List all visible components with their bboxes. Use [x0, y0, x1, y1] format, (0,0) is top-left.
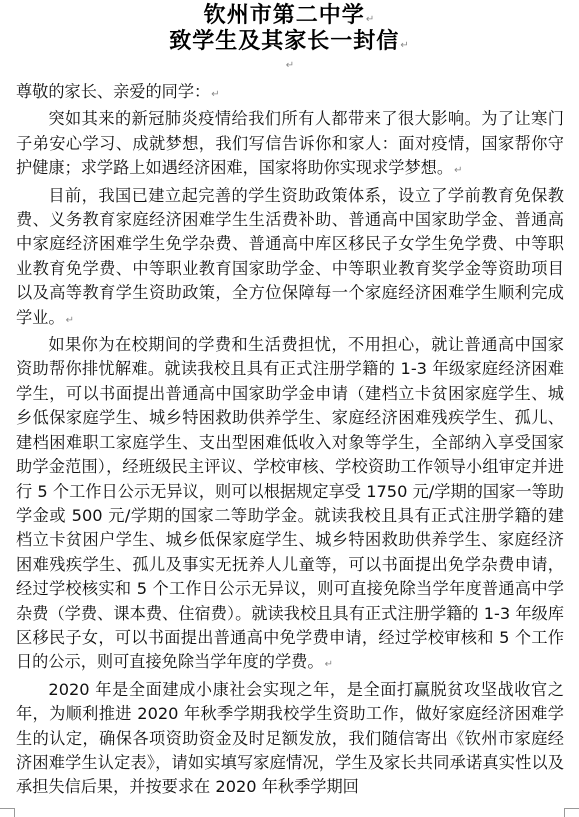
paragraph-2: 目前，我国已建立起完善的学生资助政策体系，设立了学前教育免保教费、义务教育家庭经… — [16, 184, 564, 333]
title-line-2: 致学生及其家长一封信↵ — [0, 29, 579, 58]
paragraph-mark-icon: ↵ — [454, 165, 462, 176]
paragraph-mark-icon: ↵ — [366, 14, 375, 25]
blank-line: ↵ — [0, 60, 579, 71]
paragraph-mark-icon: ↵ — [286, 60, 294, 71]
paragraph-4: 2020 年是全面建成小康社会实现之年，是全面打赢脱贫攻坚战收官之年，为顺利推进… — [16, 678, 564, 800]
paragraph-1: 突如其来的新冠肺炎疫情给我们所有人都带来了很大影响。为了让寒门子弟安心学习、成就… — [16, 107, 564, 183]
page-corner-mark-left — [0, 808, 15, 817]
paragraph-mark-icon: ↵ — [66, 315, 74, 326]
paragraph-3: 如果你为在校期间的学费和生活费担忧，不用担心，就让普通高中国家资助帮你排忧解难。… — [16, 333, 564, 678]
title-line-1: 钦州市第二中学↵ — [0, 3, 579, 32]
page-corner-mark-right — [564, 808, 579, 817]
paragraph-mark-icon: ↵ — [325, 659, 333, 670]
document-page: 钦州市第二中学↵ 致学生及其家长一封信↵ ↵ 尊敬的家长、亲爱的同学：↵ 突如其… — [0, 0, 579, 817]
letter-body: 尊敬的家长、亲爱的同学：↵ 突如其来的新冠肺炎疫情给我们所有人都带来了很大影响。… — [16, 80, 564, 800]
paragraph-mark-icon: ↵ — [211, 89, 219, 100]
paragraph-mark-icon: ↵ — [400, 40, 409, 51]
salutation: 尊敬的家长、亲爱的同学：↵ — [16, 80, 564, 107]
